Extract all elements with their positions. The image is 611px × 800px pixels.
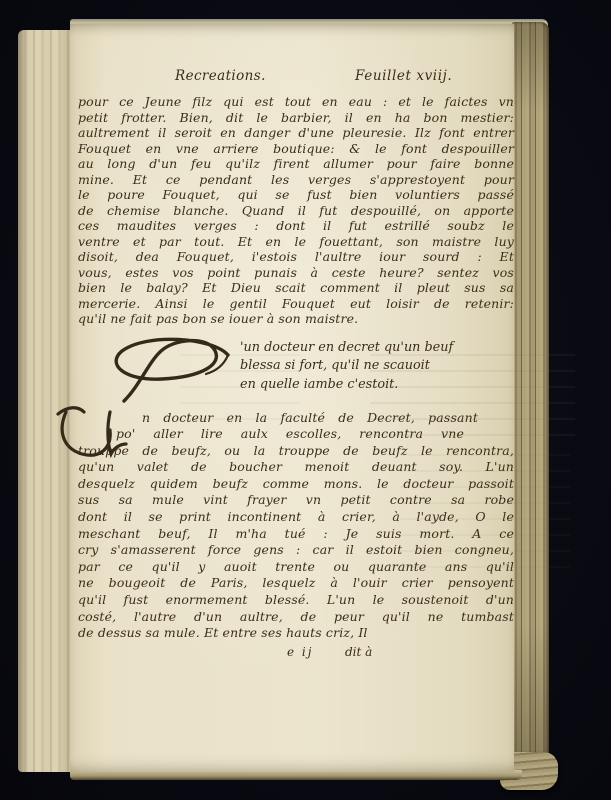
section-heading-lines: 'un docteur en decret qu'un beufblessa s… [240, 339, 514, 395]
running-title: Recreations. [175, 68, 266, 84]
text-line: le poure Fouquet, qui se fust bien volun… [78, 187, 514, 203]
signature-mark: e ij [287, 645, 313, 659]
text-line: qu'il ne fait pas bon se iouer à son mai… [78, 311, 514, 327]
running-header: Recreations. Feuillet xviij. [78, 66, 514, 90]
text-line: de dessus sa mule. Et entre ses hauts cr… [78, 625, 514, 642]
paragraph-story: n docteur en la faculté de Decret, passa… [78, 410, 514, 642]
photograph-of-open-book: Recreations. Feuillet xviij. pour ce Jeu… [0, 0, 611, 800]
heading-line: 'un docteur en decret qu'un beuf [240, 339, 514, 358]
text-line: aultrement il seroit en danger d'une ple… [78, 125, 514, 141]
text-line: par ce qu'il y auoit trente ou quarante … [78, 559, 514, 576]
text-line: qu'il fust enormement blessé. L'un le so… [78, 592, 514, 609]
text-line: ventre et par tout. Et en le fouettant, … [78, 234, 514, 250]
heading-line: en quelle iambe c'estoit. [240, 376, 514, 395]
decorative-initial-d-swash [104, 331, 239, 409]
text-line: de chemise blanche. Quand il fut despoui… [78, 203, 514, 219]
text-line: petit frotter. Bien, dit le barbier, il … [78, 110, 514, 126]
text-line: vous, estes vos point punais à ceste heu… [78, 265, 514, 281]
text-line: mine. Et ce pendant les verges s'apprest… [78, 172, 514, 188]
text-line: desquelz quidem beufz comme mons. le doc… [78, 476, 514, 493]
text-line: pour ce Jeune filz qui est tout en eau :… [78, 94, 514, 110]
fore-edge-page-stack [512, 22, 549, 774]
text-line: mercerie. Ainsi le gentil Fouquet eut lo… [78, 296, 514, 312]
text-line: costé, l'autre d'un aultre, de peur qu'i… [78, 609, 514, 626]
signature-line: e ij dit à [78, 645, 514, 663]
decorative-initial-v-swash [54, 404, 146, 463]
heading-line: blessa si fort, qu'il ne scauoit [240, 357, 514, 376]
text-line: ne bougeoit de Paris, lesquelz à l'ouir … [78, 575, 514, 592]
catchword: dit à [345, 645, 372, 659]
text-block: Recreations. Feuillet xviij. pour ce Jeu… [78, 66, 514, 663]
folio-number: Feuillet xviij. [355, 68, 452, 84]
text-line: meschant beuf, Il m'ha tué : Je suis mor… [78, 526, 514, 543]
text-line: ces maudites verges : dont il fut estril… [78, 218, 514, 234]
text-line: bien le balay? Et Dieu scait comment il … [78, 280, 514, 296]
text-line: dont il se print incontinent à crier, à … [78, 509, 514, 526]
text-line: cry s'amasserent force gens : car il est… [78, 542, 514, 559]
text-line: Fouquet en vne arriere boutique: & le fo… [78, 141, 514, 157]
text-line: sus sa mule vint frayer vn petit contre … [78, 492, 514, 509]
text-line: disoit, dea Fouquet, i'estois l'aultre i… [78, 249, 514, 265]
gutter-page-edges [18, 30, 76, 772]
text-line: au long d'un feu qu'ilz firent allumer p… [78, 156, 514, 172]
section-heading: 'un docteur en decret qu'un beufblessa s… [78, 339, 514, 401]
paragraph-continuation: pour ce Jeune filz qui est tout en eau :… [78, 94, 514, 327]
